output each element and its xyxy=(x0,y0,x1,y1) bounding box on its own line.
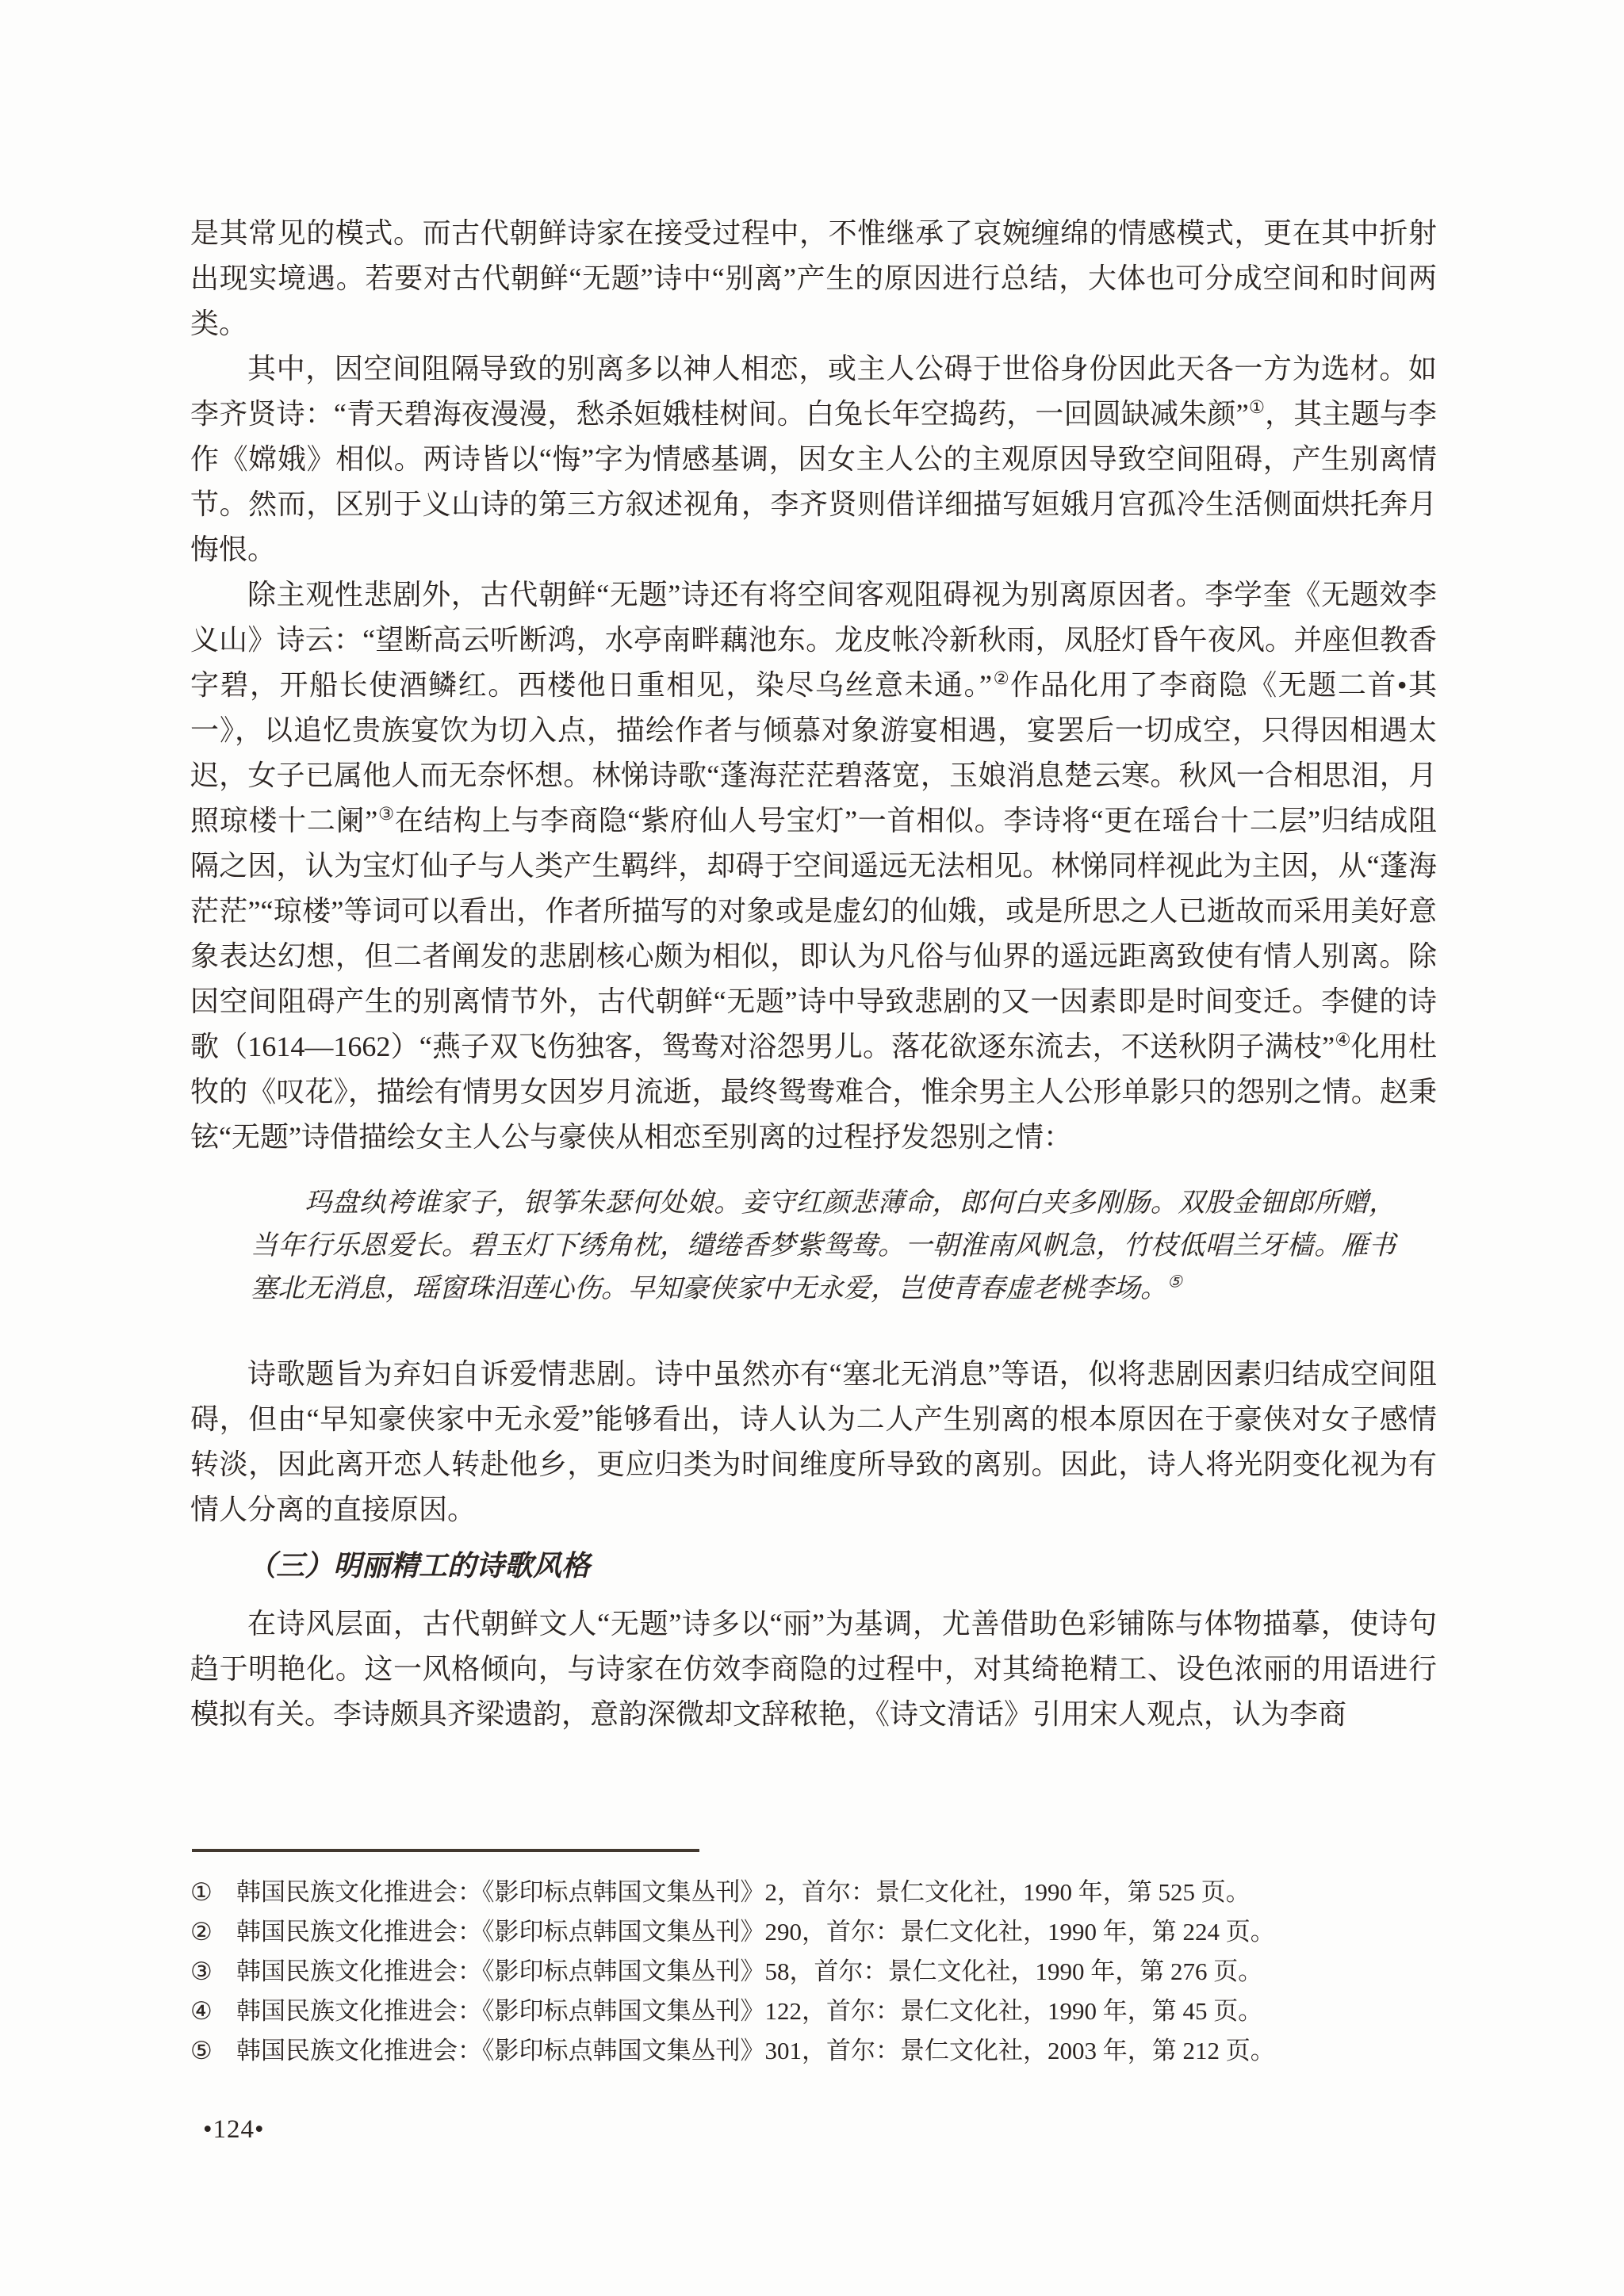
paragraph-text: 其中，因空间阻隔导致的别离多以神人相恋，或主人公碍于世俗身份因此天各一方为选材。… xyxy=(190,353,1437,430)
footnote-item: ③韩国民族文化推进会：《影印标点韩国文集丛刊》58，首尔：景仁文化社，1990 … xyxy=(190,1952,1459,1992)
footnote-ref: ② xyxy=(992,668,1010,688)
footnote-item: ⑤韩国民族文化推进会：《影印标点韩国文集丛刊》301，首尔：景仁文化社，2003… xyxy=(190,2031,1459,2071)
footnote-item: ④韩国民族文化推进会：《影印标点韩国文集丛刊》122，首尔：景仁文化社，1990… xyxy=(190,1992,1459,2031)
footnote-text: 韩国民族文化推进会：《影印标点韩国文集丛刊》301，首尔：景仁文化社，2003 … xyxy=(236,2037,1275,2064)
paragraph-text: 玛盘纨袴谁家子，银筝朱瑟何处娘。妾守红颜悲薄命，郎何白夹多刚肠。双股金钿郎所赠，… xyxy=(251,1188,1396,1303)
footnote-marker: ⑤ xyxy=(190,2031,236,2071)
body-paragraph: 在诗风层面，古代朝鲜文人“无题”诗多以“丽”为基调，尤善借助色彩铺陈与体物描摹，… xyxy=(190,1601,1437,1737)
footnote-text: 韩国民族文化推进会：《影印标点韩国文集丛刊》2，首尔：景仁文化社，1990 年，… xyxy=(236,1878,1251,1906)
footnote-ref: ① xyxy=(1249,397,1265,417)
body-paragraph: 除主观性悲剧外，古代朝鲜“无题”诗还有将空间客观阻碍视为别离原因者。李学奎《无题… xyxy=(190,572,1437,1160)
footnote-ref: ③ xyxy=(377,804,394,824)
paragraph-text: 是其常见的模式。而古代朝鲜诗家在接受过程中，不惟继承了哀婉缠绵的情感模式，更在其… xyxy=(190,217,1437,339)
paragraph-text: （三）明丽精工的诗歌风格 xyxy=(247,1550,590,1582)
page-number: •124• xyxy=(203,2115,265,2145)
paper-page: 是其常见的模式。而古代朝鲜诗家在接受过程中，不惟继承了哀婉缠绵的情感模式，更在其… xyxy=(0,0,1624,2296)
footnote-ref: ④ xyxy=(1335,1030,1350,1050)
section-heading: （三）明丽精工的诗歌风格 xyxy=(190,1544,1437,1589)
paragraph-text: 在结构上与李商隐“紫府仙人号宝灯”一首相似。李诗将“更在瑶台十二层”归结成阻隔之… xyxy=(190,805,1437,1062)
footnote-marker: ② xyxy=(190,1912,236,1952)
footnote-item: ②韩国民族文化推进会：《影印标点韩国文集丛刊》290，首尔：景仁文化社，1990… xyxy=(190,1912,1459,1952)
body-paragraph: 是其常见的模式。而古代朝鲜诗家在接受过程中，不惟继承了哀婉缠绵的情感模式，更在其… xyxy=(190,211,1437,346)
paragraph-text: 诗歌题旨为弃妇自诉爱情悲剧。诗中虽然亦有“塞北无消息”等语，似将悲剧因素归结成空… xyxy=(190,1358,1437,1525)
footnote-list: ①韩国民族文化推进会：《影印标点韩国文集丛刊》2，首尔：景仁文化社，1990 年… xyxy=(190,1873,1459,2071)
footnote-item: ①韩国民族文化推进会：《影印标点韩国文集丛刊》2，首尔：景仁文化社，1990 年… xyxy=(190,1873,1459,1912)
footnote-text: 韩国民族文化推进会：《影印标点韩国文集丛刊》122，首尔：景仁文化社，1990 … xyxy=(236,1997,1262,2025)
footnote-ref: ⑤ xyxy=(1167,1272,1182,1291)
footnote-marker: ① xyxy=(190,1873,236,1912)
footnote-marker: ④ xyxy=(190,1992,236,2031)
footnote-marker: ③ xyxy=(190,1952,236,1992)
footnotes-section: ①韩国民族文化推进会：《影印标点韩国文集丛刊》2，首尔：景仁文化社，1990 年… xyxy=(190,1849,1459,2071)
footnote-separator xyxy=(192,1849,699,1852)
footnote-text: 韩国民族文化推进会：《影印标点韩国文集丛刊》290，首尔：景仁文化社，1990 … xyxy=(236,1918,1275,1946)
body-paragraph: 诗歌题旨为弃妇自诉爱情悲剧。诗中虽然亦有“塞北无消息”等语，似将悲剧因素归结成空… xyxy=(190,1352,1437,1533)
footnote-text: 韩国民族文化推进会：《影印标点韩国文集丛刊》58，首尔：景仁文化社，1990 年… xyxy=(236,1957,1262,1985)
poem-block: 玛盘纨袴谁家子，银筝朱瑟何处娘。妾守红颜悲薄命，郎何白夹多刚肠。双股金钿郎所赠，… xyxy=(251,1182,1396,1311)
body-paragraph: 其中，因空间阻隔导致的别离多以神人相恋，或主人公碍于世俗身份因此天各一方为选材。… xyxy=(190,346,1437,572)
paragraph-text: 在诗风层面，古代朝鲜文人“无题”诗多以“丽”为基调，尤善借助色彩铺陈与体物描摹，… xyxy=(190,1608,1437,1730)
article: 是其常见的模式。而古代朝鲜诗家在接受过程中，不惟继承了哀婉缠绵的情感模式，更在其… xyxy=(190,211,1437,1737)
